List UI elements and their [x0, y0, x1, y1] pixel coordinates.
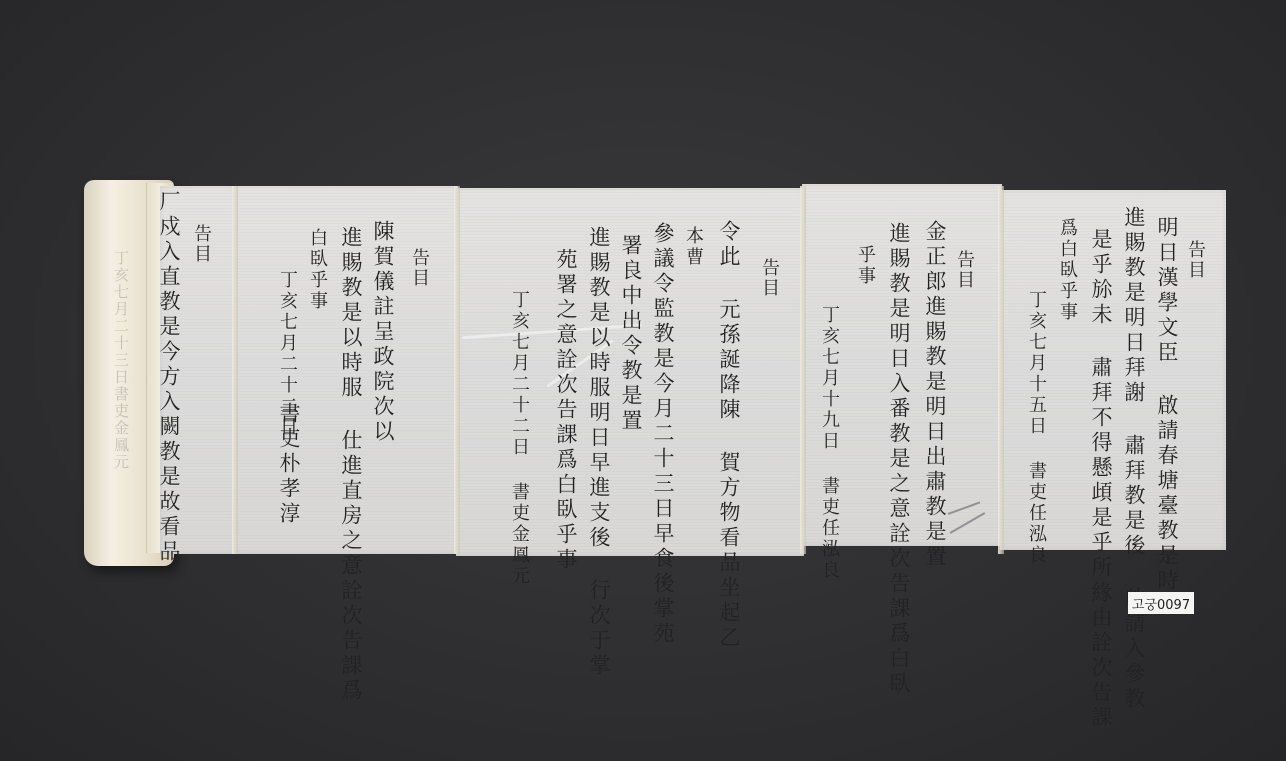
- section-3-col-2: 本曹: [684, 226, 702, 268]
- section-3-col-1: 令此 元孫誕降陳 賀方物看品坐起乙: [718, 220, 739, 651]
- section-3-col-3: 參議令監教是今月二十三日早食後掌苑: [652, 222, 673, 647]
- section-1-col-4: 爲白臥乎事: [1058, 218, 1076, 323]
- section-3-col-5: 進賜教是以時服明日早進支後 行次于掌: [588, 226, 609, 679]
- section-3-signature: 丁亥七月二十二日 書吏金鳳元: [510, 290, 528, 587]
- section-4-col-2: 進賜教是以時服 仕進直房之意詮次告課爲: [340, 226, 361, 704]
- section-3-col-6: 苑署之意詮次告課爲白臥乎事: [555, 248, 576, 573]
- section-1-signature: 丁亥七月十五日 書吏任泓良: [1027, 290, 1045, 566]
- section-4-col-3: 白臥乎事: [308, 228, 326, 312]
- section-4-heading: 告目: [410, 248, 428, 288]
- section-5-heading: 告目: [192, 224, 210, 264]
- section-5-col-2: 闕教是故看品: [158, 415, 179, 565]
- section-2-col-1: 金正郎進賜教是明日出肅教是置: [924, 220, 945, 570]
- section-1-col-1: 明日漢學文臣 啟請春塘臺教是時: [1156, 216, 1177, 594]
- section-4-col-1: 陳賀儀註呈政院次以: [372, 220, 393, 445]
- section-2-col-2: 進賜教是明日入番教是之意詮次告課爲白臥: [888, 222, 909, 697]
- paper-seam: [998, 186, 1004, 554]
- section-1-col-2: 進賜教是明日拜謝 肅拜教是後 啟請入參教: [1123, 206, 1144, 712]
- section-3-col-4: 署良中出令教是置: [620, 234, 641, 434]
- section-1-heading: 告目: [1186, 240, 1204, 280]
- paper-seam: [800, 186, 806, 554]
- section-2-col-3: 乎事: [856, 245, 874, 287]
- paper-seam: [454, 186, 460, 554]
- section-4-signature: 書吏朴孝淳: [278, 402, 299, 527]
- paper-seam: [232, 186, 238, 554]
- section-1-col-3: 是乎㫆未 肅拜不得懸頉是乎所緣由詮次告課: [1090, 228, 1111, 731]
- section-2-signature: 丁亥七月十九日 書吏任泓良: [820, 305, 838, 581]
- catalog-tag: 고궁0097: [1128, 592, 1194, 614]
- section-2-heading: 告目: [955, 250, 973, 290]
- section-5-col-1: 厂戍入直教是今方入: [158, 190, 179, 415]
- section-3-heading: 告目: [760, 258, 778, 298]
- roll-faint-text: 丁亥七月二十三日書吏金鳳元: [112, 250, 132, 471]
